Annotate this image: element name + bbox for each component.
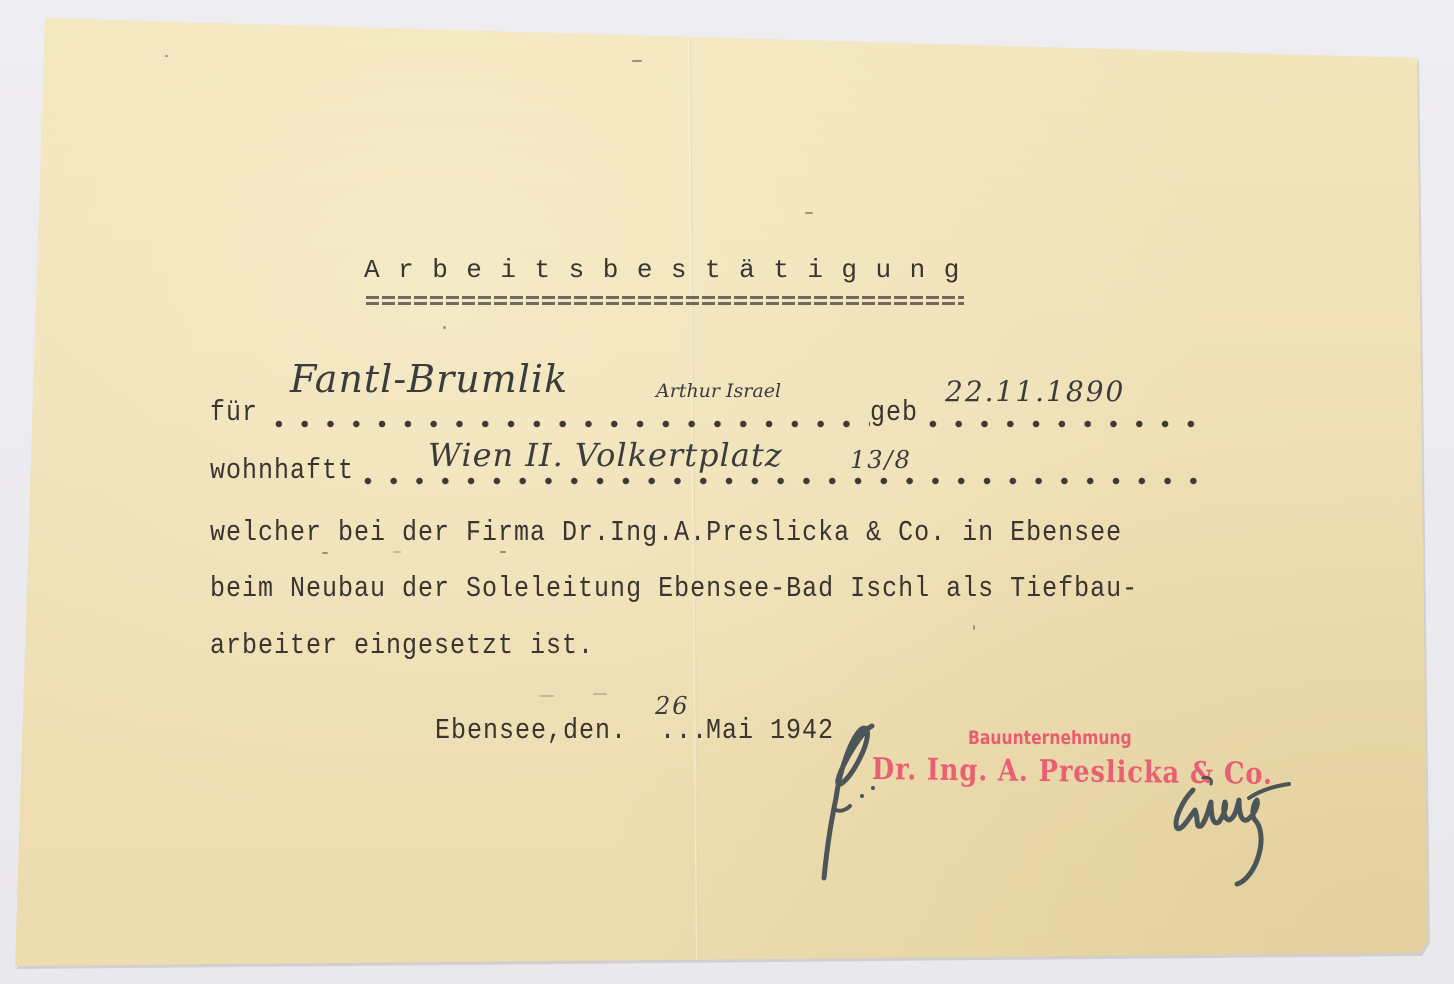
- birth-date-handwritten: 22.11.1890: [945, 375, 1125, 408]
- paper-speck: [165, 55, 168, 57]
- given-names-handwritten: Arthur Israel: [656, 380, 781, 402]
- paper-speck: [500, 551, 506, 553]
- document-title: Arbeitsbestätigung: [364, 255, 978, 285]
- signature-prefix-handwritten: [810, 718, 880, 888]
- date-dots: ...: [660, 714, 708, 747]
- paper-speck: [540, 695, 554, 697]
- wohnhaft-t: t: [338, 454, 354, 487]
- body-line-2: beim Neubau der Soleleitung Ebensee-Bad …: [210, 572, 1138, 605]
- geb-label: geb: [870, 396, 918, 429]
- body-line-1: welcher bei der Firma Dr.Ing.A.Preslicka…: [210, 516, 1122, 549]
- paper-speck: [393, 551, 401, 553]
- photo-scene: Arbeitsbestätigung für Fantl-Brumlik Art…: [0, 0, 1454, 984]
- paper-speck: [443, 326, 446, 329]
- address-number-handwritten: 13/8: [850, 446, 912, 474]
- address-handwritten: Wien II. Volkertplatz: [428, 436, 783, 474]
- name-handwritten: Fantl-Brumlik: [290, 357, 568, 401]
- wohnhaft-label: wohnhaft: [210, 454, 338, 487]
- paper-speck: [632, 60, 642, 62]
- paper-speck: [805, 212, 813, 214]
- paper-speck: [593, 693, 607, 695]
- body-line-3: arbeiter eingesetzt ist.: [210, 629, 594, 662]
- paper-speck: [322, 552, 328, 554]
- fuer-label: für: [210, 396, 258, 429]
- paper-speck: [973, 625, 975, 630]
- signature-handwritten: [1165, 770, 1295, 890]
- company-stamp-line1: Bauunternehmung: [968, 727, 1132, 749]
- date-place-prefix: Ebensee,den.: [435, 714, 627, 747]
- title-double-underline: [366, 296, 964, 305]
- fuer-dotted-line: [266, 420, 870, 428]
- geb-dotted-line: [920, 420, 1204, 428]
- wohnhaft-dotted-line: [355, 477, 1205, 485]
